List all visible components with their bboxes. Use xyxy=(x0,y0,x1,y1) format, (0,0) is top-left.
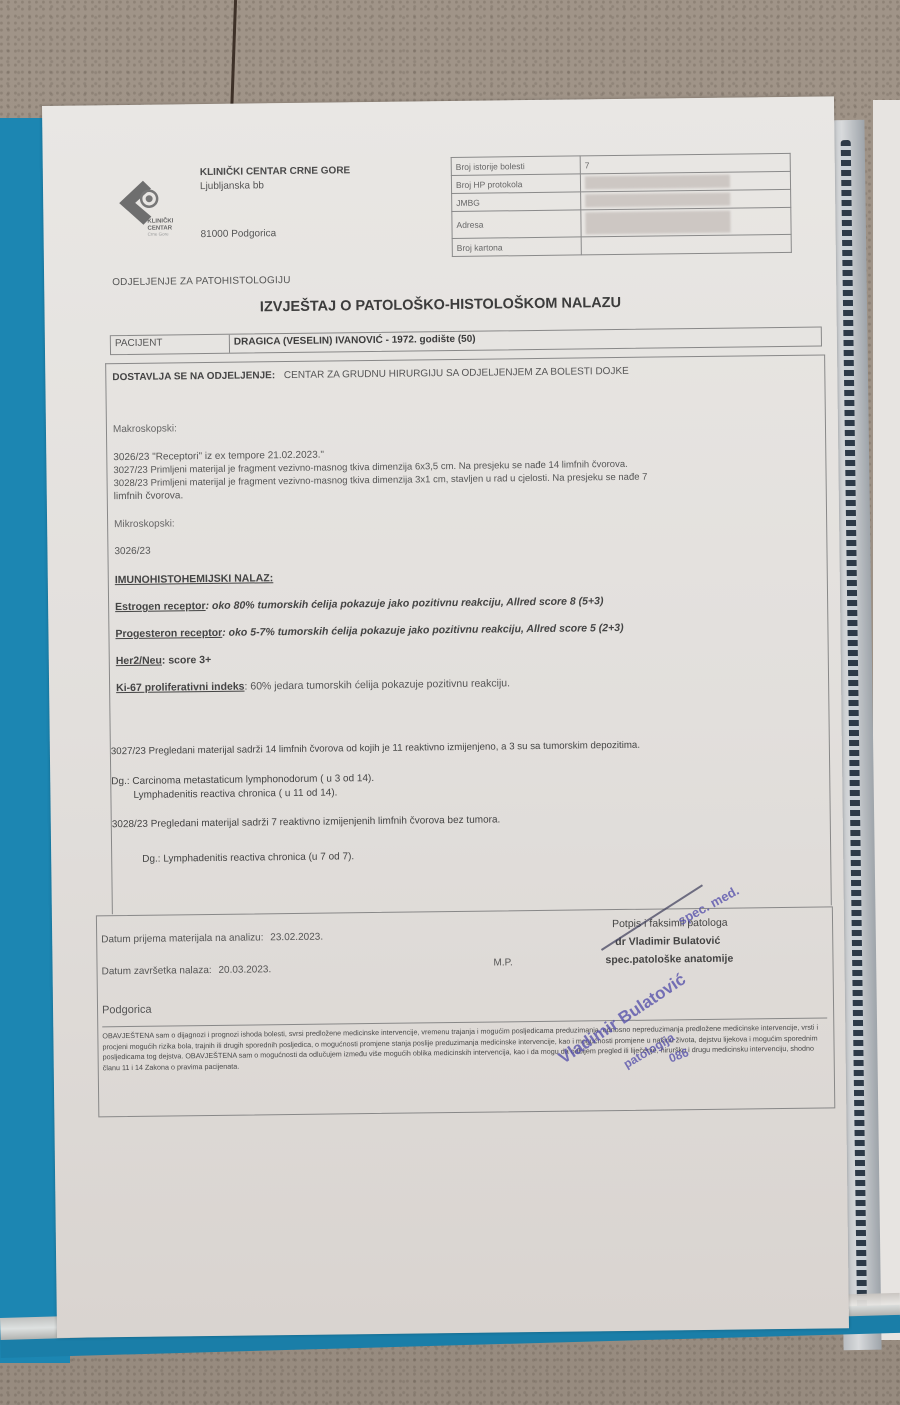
id-label: JMBG xyxy=(452,192,581,212)
id-row: Adresa xyxy=(452,207,791,238)
micro-heading: Mikroskopski: xyxy=(114,518,175,530)
institution-name: KLINIČKI CENTAR CRNE GORE xyxy=(200,164,351,180)
redaction-blur xyxy=(585,211,730,235)
kccg-logo-icon: KLINIČKI CENTAR Crne Gore xyxy=(113,172,189,243)
macro-line: limfnih čvorova. xyxy=(114,490,184,502)
macro-heading: Makroskopski: xyxy=(113,423,177,435)
ihc-label: Her2/Neu xyxy=(116,655,162,668)
ihc-label: Estrogen receptor xyxy=(115,600,206,613)
id-label: Broj kartona xyxy=(452,237,581,257)
report-title: IZVJEŠTAJ O PATOLOŠKO-HISTOLOŠKOM NALAZU xyxy=(44,292,836,318)
patient-value: DRAGICA (VESELIN) IVANOVIĆ - 1972. godiš… xyxy=(230,332,480,353)
id-row: Broj kartona xyxy=(452,234,791,256)
ihc-progesteron: Progesteron receptor: oko 5-7% tumorskih… xyxy=(115,622,623,640)
pathology-report-page: KLINIČKI CENTAR Crne Gore KLINIČKI CENTA… xyxy=(42,96,849,1338)
institution-street: Ljubljanska bb xyxy=(200,178,351,194)
macro-line: 3026/23 "Receptori" iz ex tempore 21.02.… xyxy=(113,450,324,464)
report-body: DOSTAVLJA SE NA ODJELJENJE: CENTAR ZA GR… xyxy=(105,354,832,914)
finding-3027: 3027/23 Pregledani materijal sadrži 14 l… xyxy=(111,740,640,757)
delivery-value: CENTAR ZA GRUDNU HIRURGIJU SA ODJELJENJE… xyxy=(284,366,629,381)
ihc-her2: Her2/Neu: score 3+ xyxy=(116,654,212,667)
id-value-redacted xyxy=(581,207,791,237)
floor-crack xyxy=(230,0,237,118)
patient-row: PACIJENT DRAGICA (VESELIN) IVANOVIĆ - 19… xyxy=(110,326,822,355)
diagnosis-3027-2: Lymphadenitis reactiva chronica ( u 11 o… xyxy=(133,787,337,800)
institution-city: 81000 Podgorica xyxy=(201,226,352,242)
place: Podgorica xyxy=(102,1004,152,1017)
delivery-label: DOSTAVLJA SE NA ODJELJENJE: xyxy=(112,370,275,383)
patient-label: PACIJENT xyxy=(111,335,230,354)
id-label: Broj HP protokola xyxy=(451,174,580,194)
received-value: 23.02.2023. xyxy=(270,932,323,944)
ihc-text: : score 3+ xyxy=(162,654,211,667)
department-name: ODJELJENJE ZA PATOHISTOLOGIJU xyxy=(112,275,291,288)
ihc-heading: IMUNOHISTOHEMIJSKI NALAZ: xyxy=(115,572,274,586)
signature-line-1: Potpis i faksimil patologa xyxy=(612,917,728,930)
ihc-ki67: Ki-67 proliferativni indeks: 60% jedara … xyxy=(116,677,510,694)
ihc-label: Ki-67 proliferativni indeks xyxy=(116,681,245,695)
id-label: Adresa xyxy=(452,210,581,239)
diagnosis-3027-1: Dg.: Carcinoma metastaticum lymphonodoru… xyxy=(111,773,374,787)
svg-text:Crne Gore: Crne Gore xyxy=(148,231,170,236)
received-label: Datum prijema materijala na analizu: xyxy=(101,932,263,945)
svg-text:KLINIČKI: KLINIČKI xyxy=(147,217,173,224)
patient-consent-text: OBAVJEŠTENA sam o dijagnozi i prognozi i… xyxy=(102,1017,828,1073)
signature-section: Datum prijema materijala na analizu: 23.… xyxy=(96,906,835,1117)
finding-3028: 3028/23 Pregledani materijal sadrži 7 re… xyxy=(112,814,501,830)
ihc-estrogen: Estrogen receptor: oko 80% tumorskih ćel… xyxy=(115,595,603,613)
ihc-label: Progesteron receptor xyxy=(115,627,222,640)
ihc-text: : oko 80% tumorskih ćelija pokazuje jako… xyxy=(206,595,604,612)
completed-date: Datum završetka nalaza: 20.03.2023. xyxy=(102,964,272,977)
patient-id-table: Broj istorije bolesti 7 Broj HP protokol… xyxy=(451,153,792,257)
mp-seal-label: M.P. xyxy=(493,957,512,968)
delivery-line: DOSTAVLJA SE NA ODJELJENJE: CENTAR ZA GR… xyxy=(112,366,629,383)
completed-label: Datum završetka nalaza: xyxy=(102,965,212,977)
ihc-text: : 60% jedara tumorskih ćelija pokazuje p… xyxy=(244,677,510,692)
signature-line-3: spec.patološke anatomije xyxy=(605,953,733,967)
id-label: Broj istorije bolesti xyxy=(451,156,580,176)
received-date: Datum prijema materijala na analizu: 23.… xyxy=(101,932,323,946)
redaction-blur xyxy=(585,193,730,208)
id-value xyxy=(581,234,791,255)
ihc-text: : oko 5-7% tumorskih ćelija pokazuje jak… xyxy=(222,622,623,639)
diagnosis-3028: Dg.: Lymphadenitis reactiva chronica (u … xyxy=(142,851,354,865)
redaction-blur xyxy=(585,175,730,190)
institution-block: KLINIČKI CENTAR CRNE GORE Ljubljanska bb… xyxy=(200,164,351,242)
completed-value: 20.03.2023. xyxy=(218,964,271,976)
micro-case: 3026/23 xyxy=(114,546,150,557)
signature-line-2: dr Vladimir Bulatović xyxy=(615,935,720,948)
